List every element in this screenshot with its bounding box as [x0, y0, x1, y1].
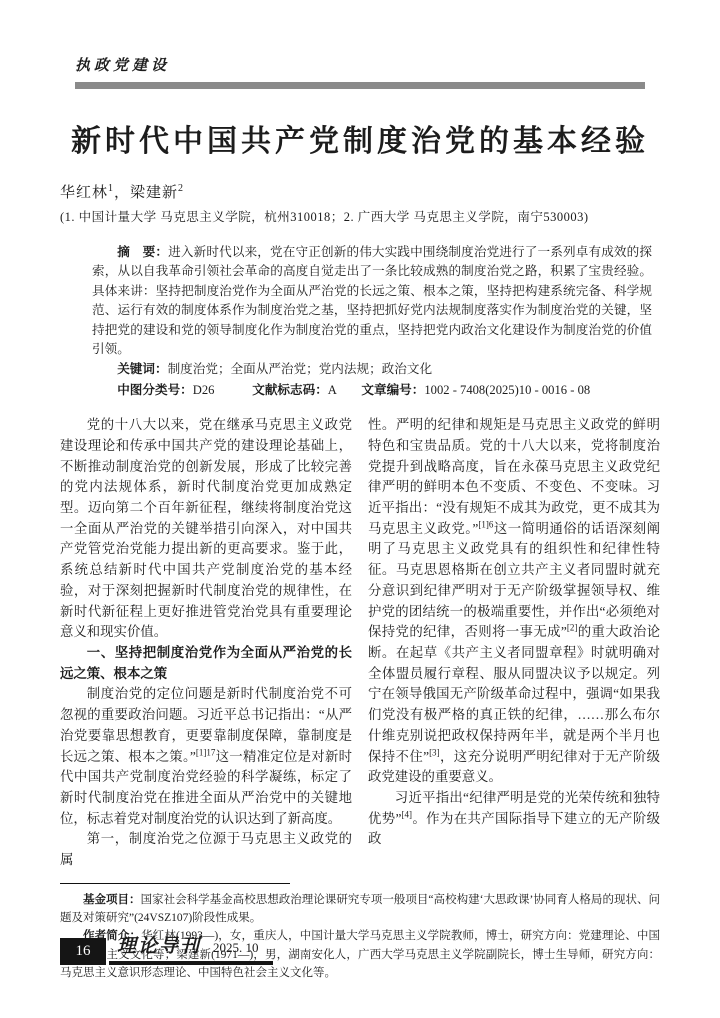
- authors-line: 华红林1，梁建新2: [60, 181, 660, 202]
- body-paragraph: 党的十八大以来，党在继承马克思主义政党建设理论和传承中国共产党的建设理论基础上，…: [60, 415, 352, 643]
- journal-page: 执政党建设 新时代中国共产党制度治党的基本经验 华红林1，梁建新2 (1. 中国…: [0, 0, 720, 1018]
- keywords-line: 关键词：制度治党；全面从严治党；党内法规；政治文化: [92, 360, 652, 379]
- journal-block: 理论导刊 2025. 10: [109, 931, 273, 965]
- header-divider-bar: [75, 82, 645, 89]
- article-body: 党的十八大以来，党在继承马克思主义政党建设理论和传承中国共产党的建设理论基础上，…: [60, 415, 660, 870]
- affiliation-line: (1. 中国计量大学 马克思主义学院，杭州310018；2. 广西大学 马克思主…: [60, 207, 660, 225]
- column-header: 执政党建设: [60, 54, 660, 89]
- page-number-badge: 16: [60, 938, 106, 965]
- footnote-divider: [60, 883, 290, 884]
- section-heading: 一、坚持把制度治党作为全面从严治党的长远之策、根本之策: [60, 643, 352, 684]
- body-paragraph: 性。严明的纪律和规矩是马克思主义政党的鲜明特色和宝贵品质。党的十八大以来，党将制…: [368, 415, 660, 788]
- issue-date: 2025. 10: [213, 940, 259, 956]
- abstract-paragraph: 摘 要：进入新时代以来，党在守正创新的伟大实践中围绕制度治党进行了一系列卓有成效…: [92, 243, 652, 359]
- body-left-column: 党的十八大以来，党在继承马克思主义政党建设理论和传承中国共产党的建设理论基础上，…: [60, 415, 352, 870]
- body-paragraph: 制度治党的定位问题是新时代制度治党不可忽视的重要政治问题。习近平总书记指出：“从…: [60, 684, 352, 829]
- page-footer: 16 理论导刊 2025. 10: [60, 931, 273, 965]
- body-paragraph: 习近平指出“纪律严明是党的光荣传统和独特优势”[4]。作为在共产国际指导下建立的…: [368, 788, 660, 850]
- body-paragraph: 第一，制度治党之位源于马克思主义政党的属: [60, 829, 352, 870]
- body-paragraph: 基金项目：国家社会科学基金高校思想政治理论课研究专项一般项目“高校构建‘大思政课…: [60, 891, 660, 928]
- journal-name: 理论导刊: [117, 931, 201, 958]
- article-title: 新时代中国共产党制度治党的基本经验: [60, 116, 660, 160]
- body-right-column: 性。严明的纪律和规矩是马克思主义政党的鲜明特色和宝贵品质。党的十八大以来，党将制…: [368, 415, 660, 870]
- clc-line: 中图分类号：D26 文献标志码：A 文章编号：1002 - 7408(2025)…: [92, 381, 652, 400]
- abstract-block: 摘 要：进入新时代以来，党在守正创新的伟大实践中围绕制度治党进行了一系列卓有成效…: [92, 243, 652, 400]
- section-label: 执政党建设: [75, 54, 660, 75]
